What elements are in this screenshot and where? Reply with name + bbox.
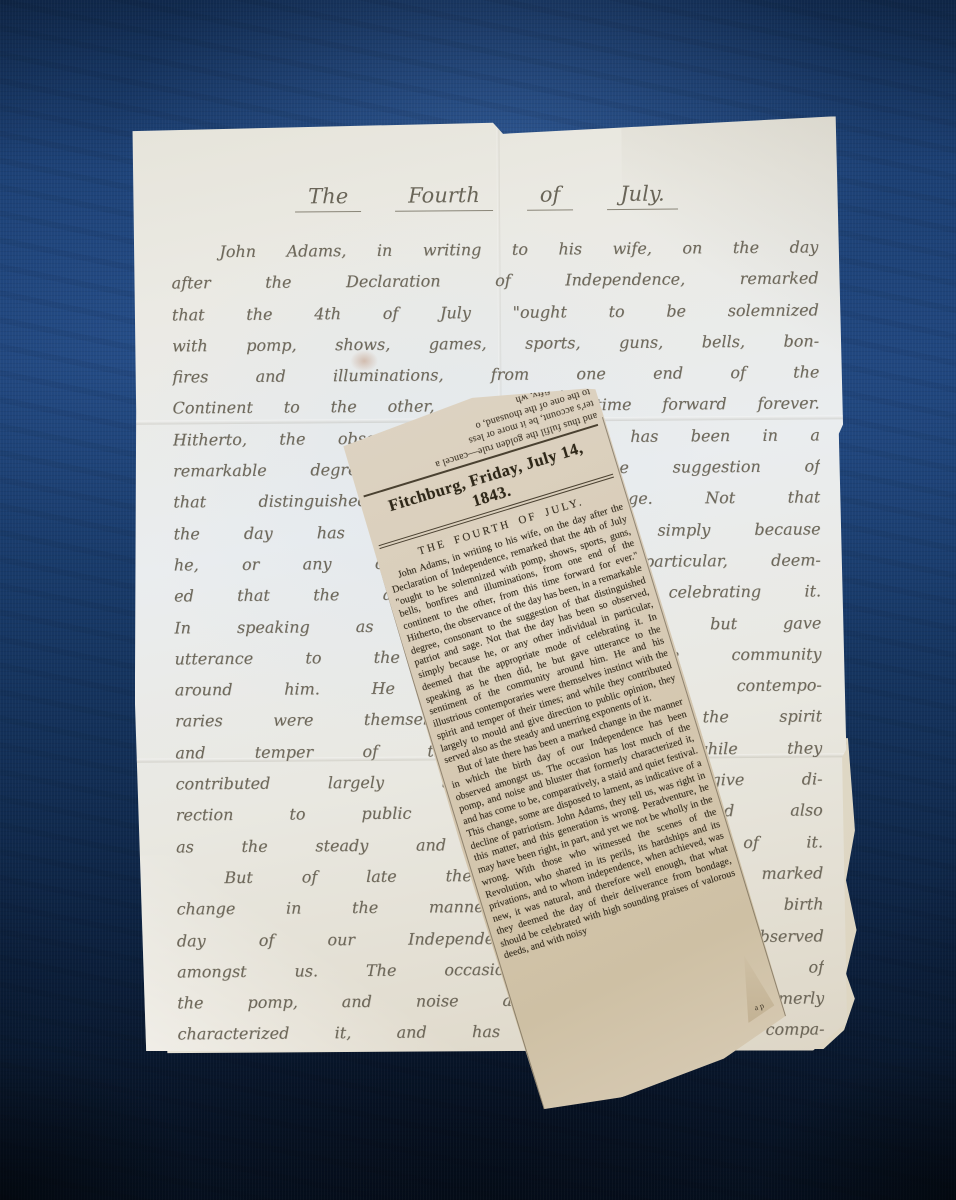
handwriting-line: that the 4th of July "ought to be solemn… <box>172 294 819 330</box>
title-word: Fourth <box>395 183 493 212</box>
handwriting-line: after the Declaration of Independence, r… <box>171 263 818 299</box>
title-word: The <box>295 184 361 213</box>
handwriting-line: fires and illuminations, from one end of… <box>172 357 819 393</box>
handwriting-line: John Adams, in writing to his wife, on t… <box>171 231 818 267</box>
photo-scene: The Fourth of July. John Adams, in writi… <box>0 0 956 1200</box>
folded-corner-text: a p <box>753 1001 765 1012</box>
handwriting-line: with pomp, shows, games, sports, guns, b… <box>172 325 819 361</box>
title-word: of <box>527 182 574 210</box>
letter-title: The Fourth of July. <box>131 180 842 214</box>
title-word: July. <box>607 182 678 211</box>
